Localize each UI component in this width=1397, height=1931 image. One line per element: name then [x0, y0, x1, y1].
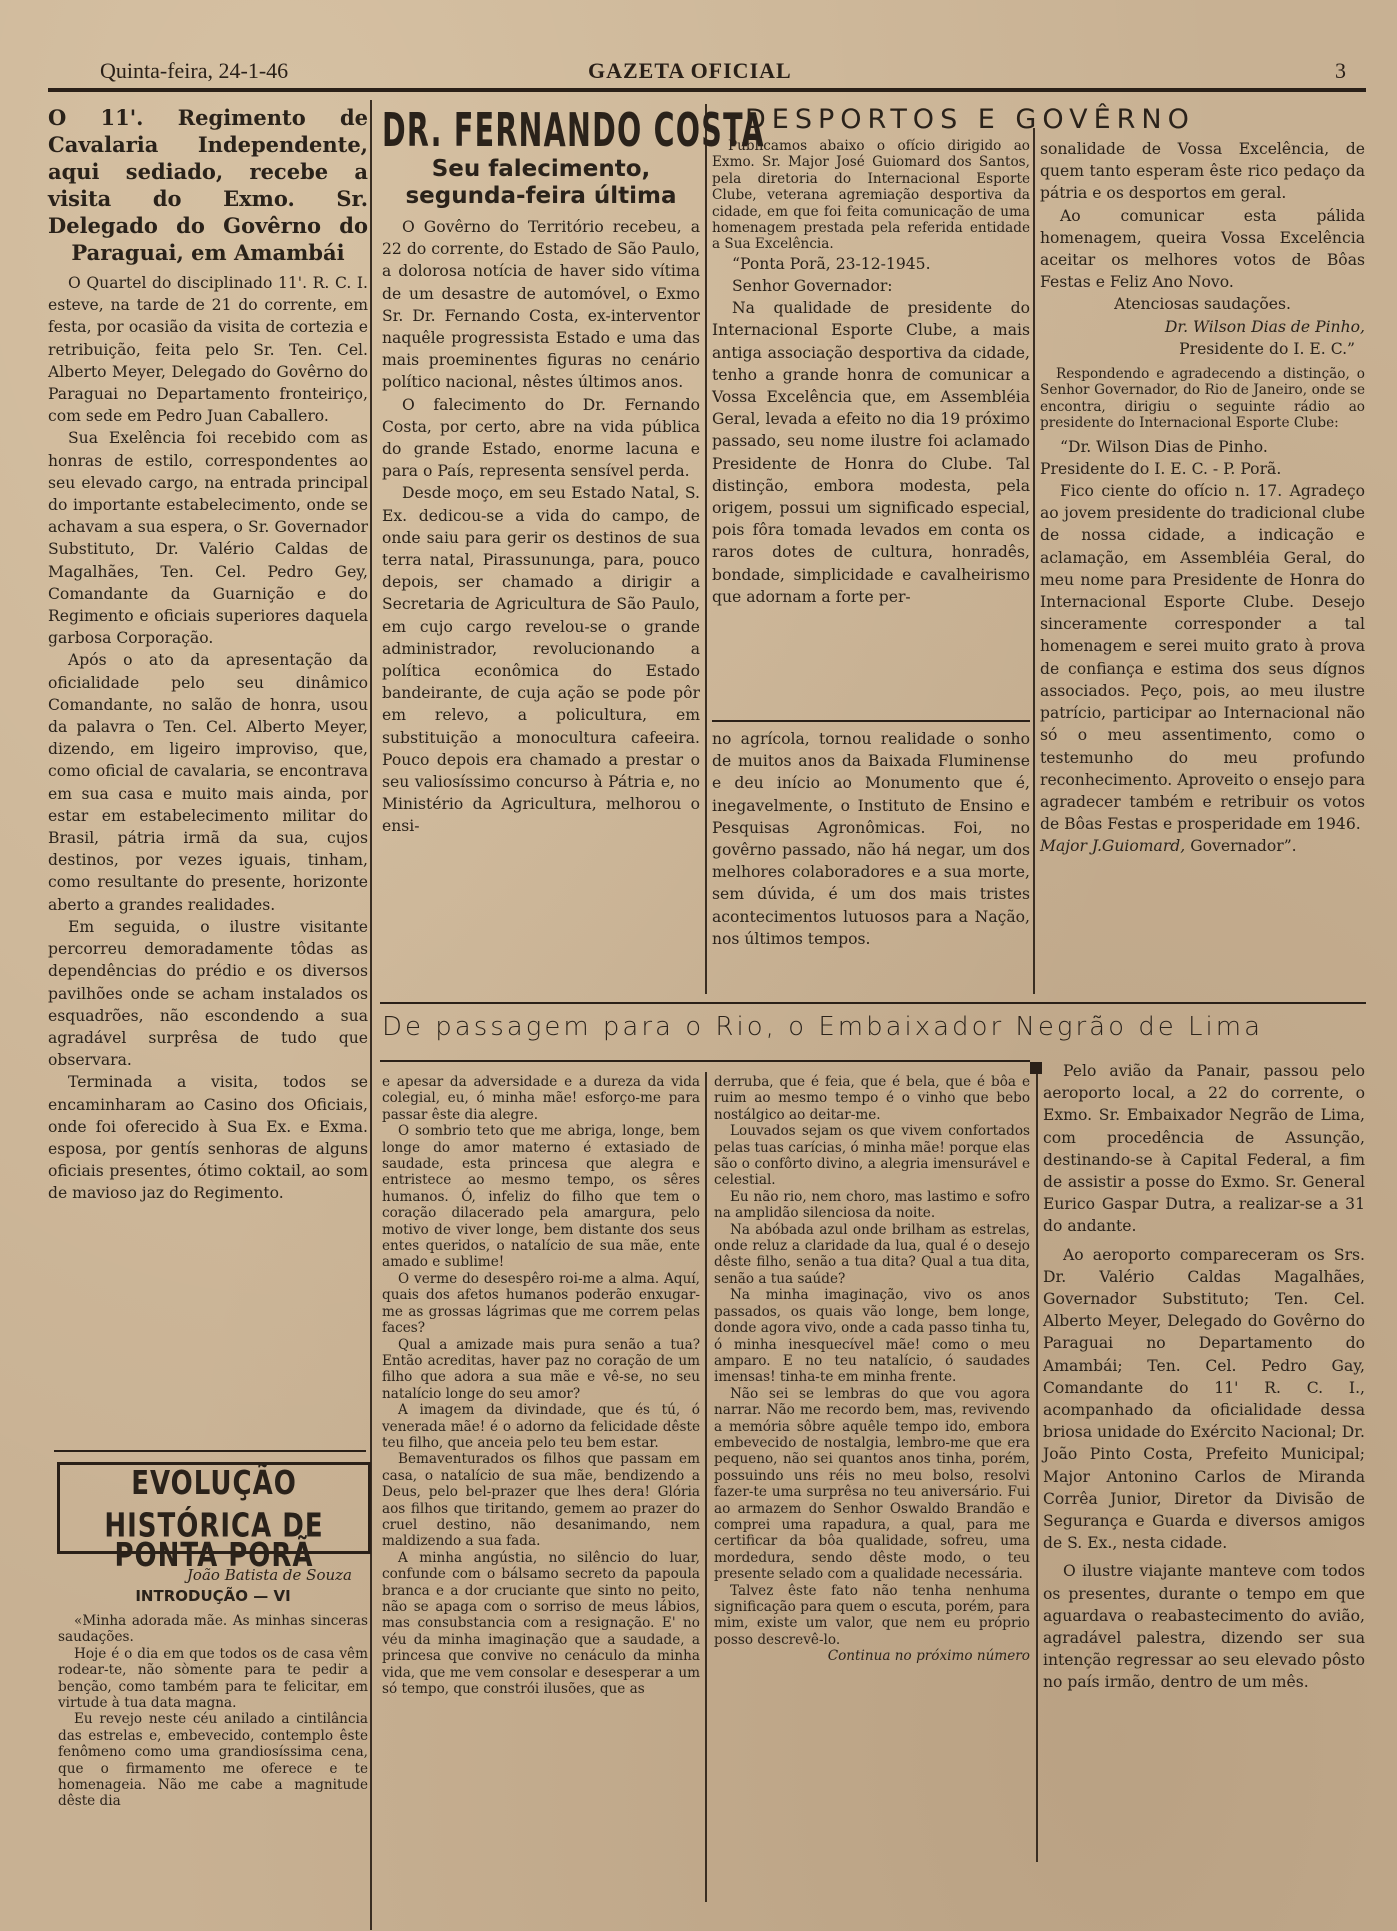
- article-paragraph: A imagem da divindade, que és tú, ó vene…: [382, 1402, 700, 1451]
- article-paragraph: derruba, que é feia, que é bela, que é b…: [714, 1074, 1030, 1123]
- reply-signature-name: Major J.Guiomard,: [1040, 837, 1185, 855]
- reply-signature-title: Governador”.: [1185, 837, 1296, 855]
- article-paragraph: Louvados sejam os que vivem confortados …: [714, 1123, 1030, 1189]
- article-negrao: Pelo avião da Panair, passou pelo aeropo…: [1043, 1060, 1365, 1694]
- article-fernando-costa-continued: no agrícola, tornou realidade o sonho de…: [712, 728, 1030, 950]
- article-paragraph: Na minha imaginação, vivo os anos passad…: [714, 1287, 1030, 1385]
- reply-addressee: Presidente do I. E. C. - P. Porã.: [1040, 458, 1365, 480]
- article-paragraph: Na abóbada azul onde brilham as estrelas…: [714, 1222, 1030, 1288]
- article-paragraph: Eu não rio, nem choro, mas lastimo e sof…: [714, 1189, 1030, 1222]
- page-number: 3: [1335, 58, 1346, 84]
- masthead: Quinta-feira, 24-1-46 GAZETA OFICIAL 3: [48, 58, 1366, 88]
- section-rule: [380, 1002, 1366, 1004]
- article-intro: Publicamos abaixo o ofício dirigido ao E…: [712, 138, 1030, 253]
- reply-intro: Respondendo e agradecendo a distinção, o…: [1040, 366, 1365, 432]
- article-paragraph: A minha angústia, no silêncio do luar, c…: [382, 1550, 700, 1698]
- article-desportos-col1: Publicamos abaixo o ofício dirigido ao E…: [712, 138, 1030, 608]
- article-paragraph: no agrícola, tornou realidade o sonho de…: [712, 728, 1030, 950]
- article-paragraph: O verme do desespêro roi-me a alma. Aquí…: [382, 1271, 700, 1337]
- ornament-square: [1030, 1062, 1042, 1074]
- section-heading: INTRODUÇÃO — VI: [58, 1585, 368, 1607]
- letter-place-date: “Ponta Porã, 23-12-1945.: [712, 253, 1030, 275]
- article-evolucao-col1: João Batista de Souza INTRODUÇÃO — VI «M…: [58, 1565, 368, 1810]
- article-paragraph: Eu revejo neste céu anilado a cintilânci…: [58, 1711, 368, 1809]
- evolucao-title-box: EVOLUÇÃO HISTÓRICA DE PONTA PORÃ: [57, 1462, 371, 1554]
- article-paragraph: Ao aeroporto compareceram os Srs. Dr. Va…: [1043, 1244, 1365, 1555]
- continuation-note: Continua no próximo número: [714, 1648, 1030, 1664]
- article-subheadline: Seu falecimento, segunda-feira última: [382, 156, 700, 210]
- issue-date: Quinta-feira, 24-1-46: [100, 58, 288, 84]
- section-rule: [54, 1450, 366, 1452]
- section-rule: [380, 1060, 1030, 1062]
- article-paragraph: Após o ato da apresentação da oficialida…: [48, 649, 368, 915]
- article-desportos-col2: sonalidade de Vossa Excelência, de quem …: [1040, 138, 1365, 858]
- article-paragraph: O Quartel do disciplinado 11'. R. C. I. …: [48, 272, 368, 427]
- article-headline: O 11'. Regimento de Cavalaria Independen…: [48, 104, 368, 266]
- letter-body: Ao comunicar esta pálida homenagem, quei…: [1040, 205, 1365, 294]
- article-paragraph: Talvez êste fato não tenha nenhuma signi…: [714, 1583, 1030, 1649]
- article-headline: DR. FERNANDO COSTA: [382, 104, 579, 156]
- section-rule: [712, 720, 1030, 722]
- column-divider: [370, 100, 372, 1930]
- article-paragraph: O ilustre viajante manteve com todos os …: [1043, 1560, 1365, 1693]
- article-fernando-costa: DR. FERNANDO COSTA Seu falecimento, segu…: [382, 104, 700, 838]
- article-paragraph: «Minha adorada mãe. As minhas sinceras s…: [58, 1613, 368, 1646]
- column-divider: [705, 1072, 707, 1902]
- article-paragraph: Qual a amizade mais pura senão a tua? En…: [382, 1337, 700, 1403]
- article-regimento: O 11'. Regimento de Cavalaria Independen…: [48, 104, 368, 1205]
- article-paragraph: Não sei se lembras do que vou agora narr…: [714, 1386, 1030, 1583]
- letter-closing: Atenciosas saudações.: [1040, 293, 1365, 315]
- article-paragraph: Sua Exelência foi recebido com as honras…: [48, 427, 368, 649]
- desportos-headline: DESPORTOS E GOVÊRNO: [745, 104, 1195, 135]
- article-evolucao-col3: derruba, que é feia, que é bela, que é b…: [714, 1074, 1030, 1665]
- letter-body: sonalidade de Vossa Excelência, de quem …: [1040, 138, 1365, 205]
- article-evolucao-col2: e apesar da adversidade e a dureza da vi…: [382, 1074, 700, 1697]
- article-paragraph: O falecimento do Dr. Fernando Costa, por…: [382, 394, 700, 483]
- article-paragraph: Hoje é o dia em que todos os de casa vêm…: [58, 1646, 368, 1712]
- column-divider: [705, 104, 707, 994]
- article-paragraph: Terminada a visita, todos se encaminhara…: [48, 1071, 368, 1204]
- column-divider: [1033, 128, 1035, 994]
- letter-body: Na qualidade de presidente do Internacio…: [712, 297, 1030, 608]
- article-paragraph: O sombrio teto que me abriga, longe, bem…: [382, 1123, 700, 1271]
- reply-body: Fico ciente do ofício n. 17. Agradeço ao…: [1040, 480, 1365, 835]
- negrao-headline: De passagem para o Rio, o Embaixador Neg…: [382, 1012, 1263, 1042]
- article-paragraph: e apesar da adversidade e a dureza da vi…: [382, 1074, 700, 1123]
- newspaper-name: GAZETA OFICIAL: [588, 58, 792, 84]
- letter-signature: Dr. Wilson Dias de Pinho,: [1040, 316, 1365, 338]
- reply-addressee: “Dr. Wilson Dias de Pinho.: [1040, 436, 1365, 458]
- article-paragraph: Desde moço, em seu Estado Natal, S. Ex. …: [382, 482, 700, 837]
- masthead-rule: [48, 88, 1366, 92]
- letter-signature-title: Presidente do I. E. C.”: [1040, 338, 1365, 360]
- article-paragraph: Bemaventurados os filhos que passam em c…: [382, 1451, 700, 1549]
- article-paragraph: O Govêrno do Território recebeu, a 22 do…: [382, 216, 700, 394]
- article-paragraph: Pelo avião da Panair, passou pelo aeropo…: [1043, 1060, 1365, 1238]
- column-divider: [1036, 1062, 1038, 1862]
- article-author: João Batista de Souza: [58, 1565, 368, 1585]
- article-paragraph: Em seguida, o ilustre visitante percorre…: [48, 916, 368, 1071]
- letter-salutation: Senhor Governador:: [712, 275, 1030, 297]
